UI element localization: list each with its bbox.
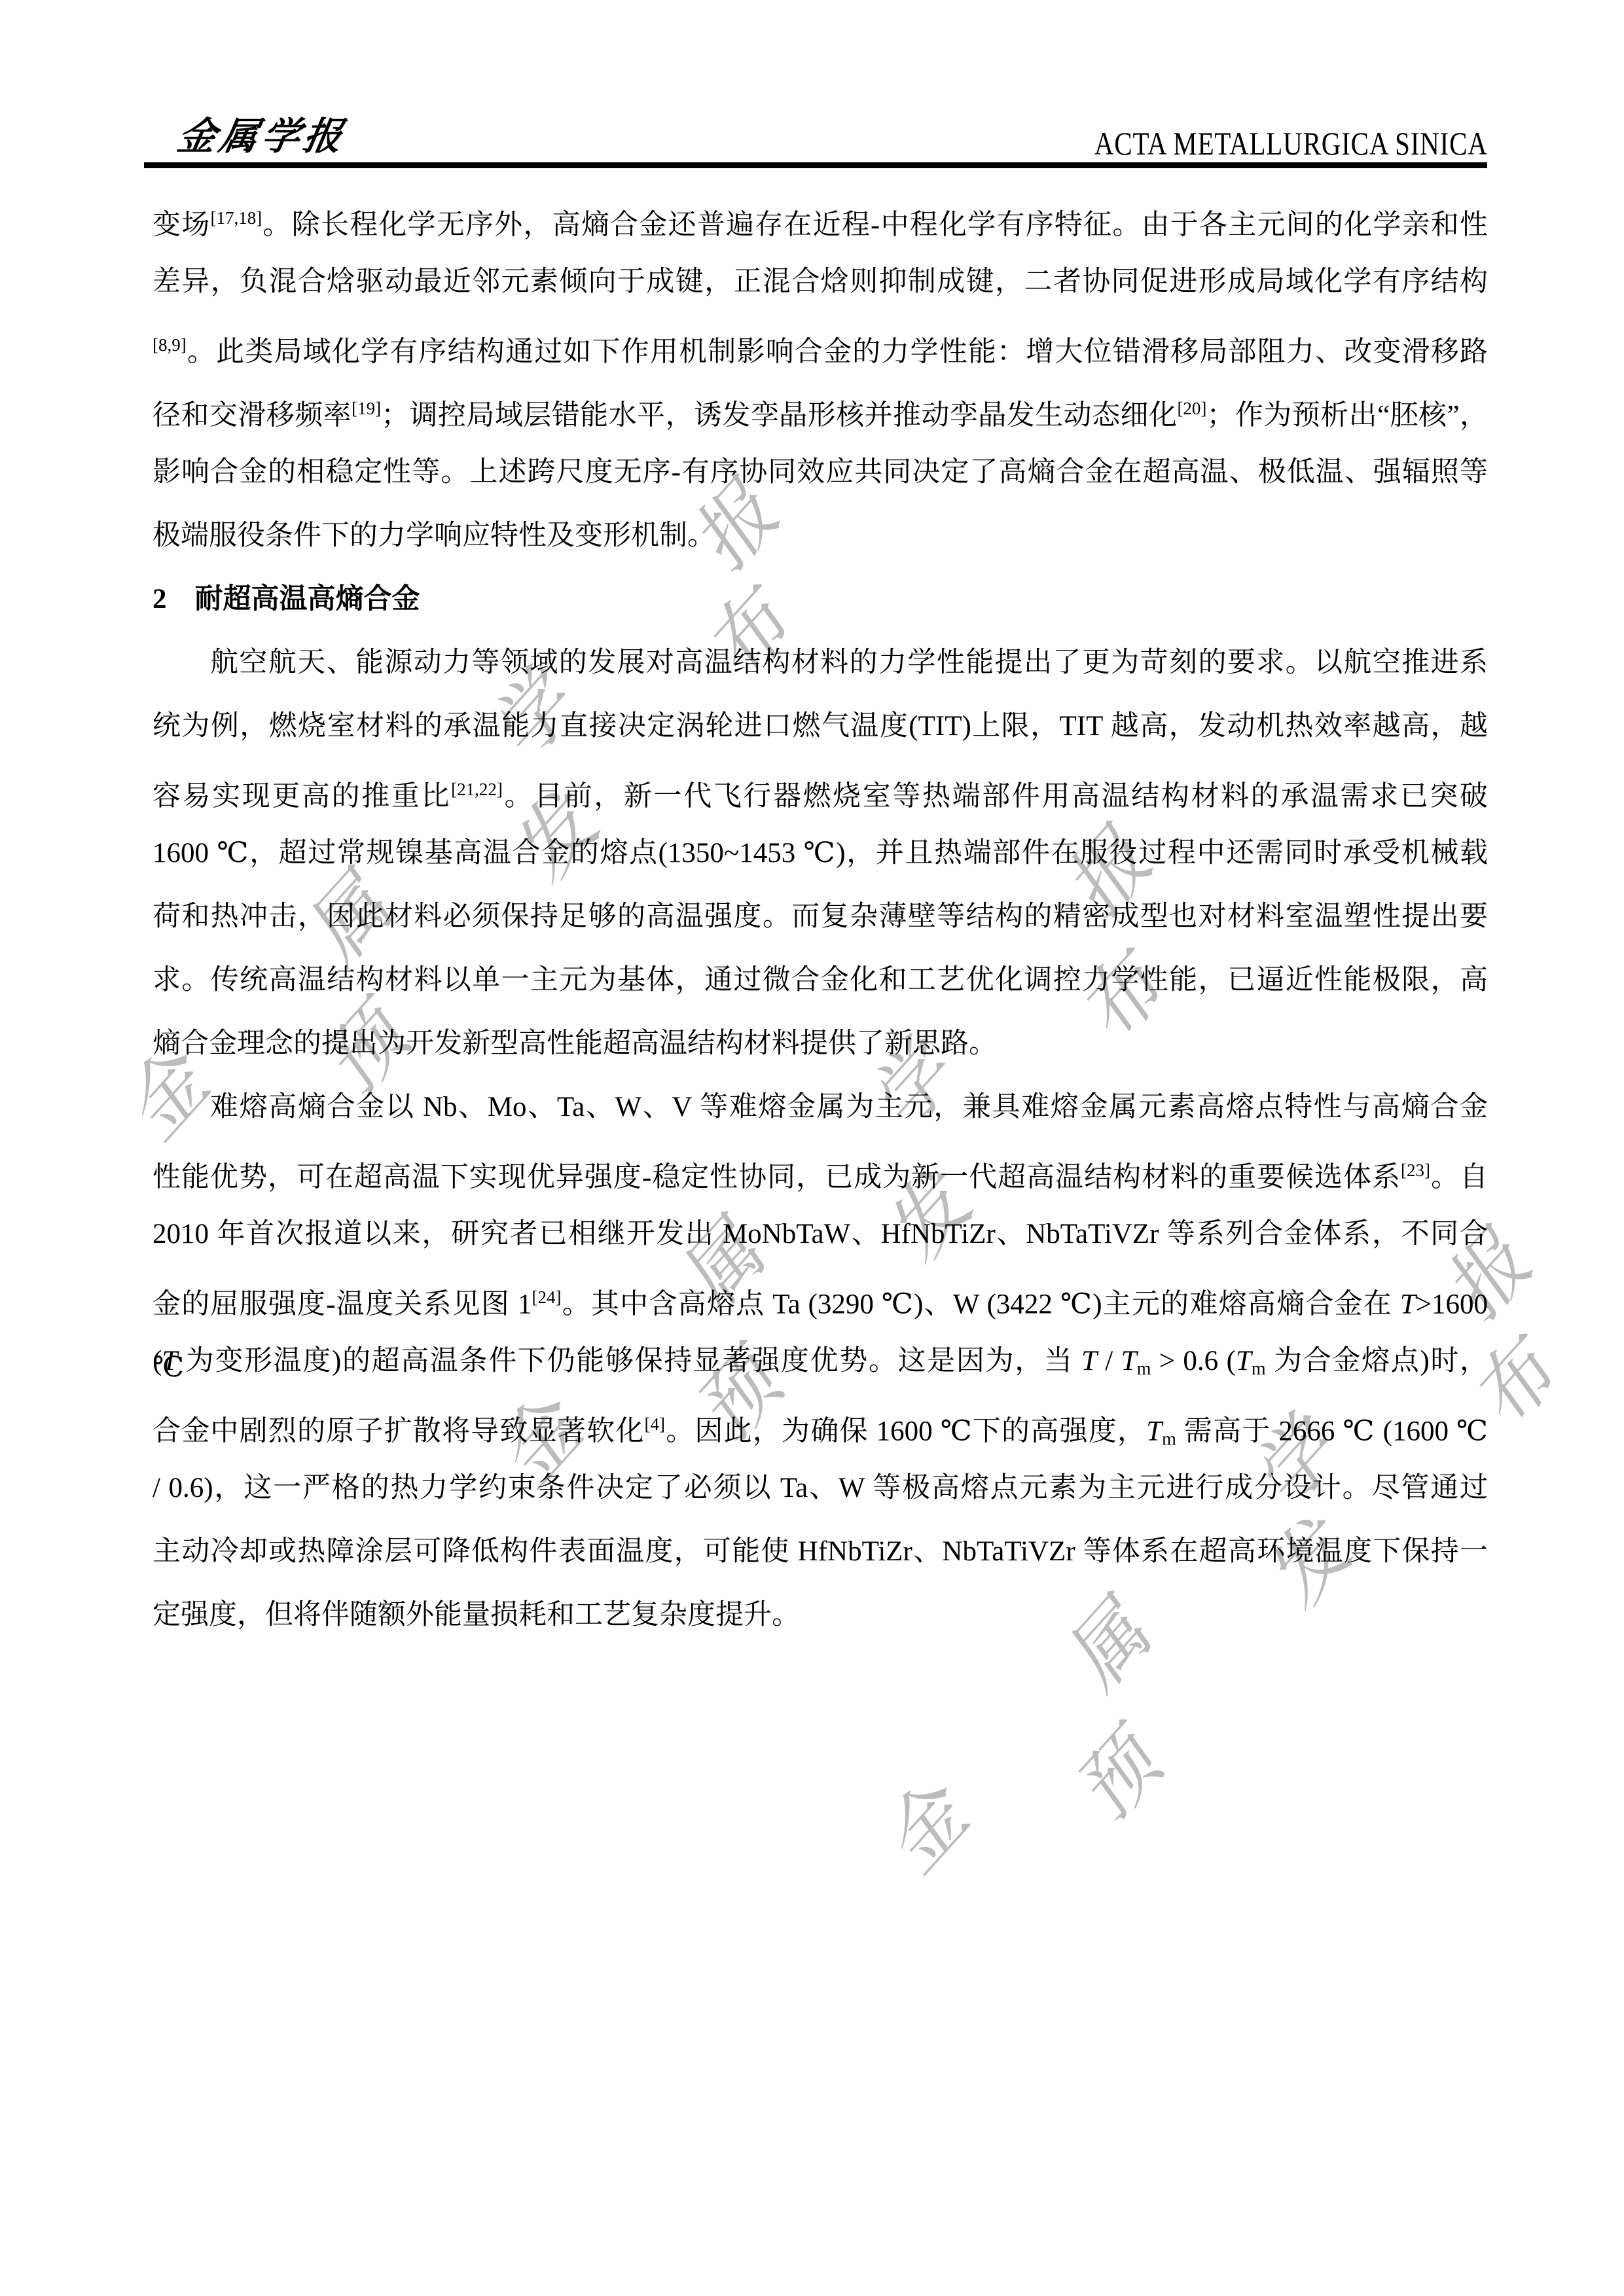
text-line: 主动冷却或热障涂层可降低构件表面温度，可能使 HfNbTiZr、NbTaTiVZ… [153,1520,1488,1583]
text-segment: 求。传统高温结构材料以单一主元为基体，通过微合金化和工艺优化调控力学性能，已逼近… [153,965,1488,996]
text-segment: 。此类局域化学有序结构通过如下作用机制影响合金的力学性能：增大位错滑移局部阻力、… [187,336,1488,367]
body-text: 变场[17,18]。除长程化学无序外，高熵合金还普遍存在近程-中程化学有序特征。… [153,187,1488,1647]
text-segment: / 0.6)，这一严格的热力学约束条件决定了必须以 Ta、W 等极高熔点元素为主… [153,1473,1488,1503]
text-line: 荷和热冲击，因此材料必须保持足够的高温强度。而复杂薄壁等结构的精密成型也对材料室… [153,885,1488,948]
reference-superscript: [21,22] [451,780,503,799]
text-segment: T [1121,1346,1137,1376]
text-segment: 主动冷却或热障涂层可降低构件表面温度，可能使 HfNbTiZr、NbTaTiVZ… [153,1536,1488,1567]
text-segment: ；作为预析出“胚核”， [1206,400,1488,431]
text-segment: 。因此，为确保 1600 ℃下的高强度， [665,1416,1146,1446]
text-segment: 熵合金理念的提出为开发新型高性能超高温结构材料提供了新思路。 [153,1028,997,1059]
text-line: 定强度，但将伴随额外能量损耗和工艺复杂度提升。 [153,1583,1488,1647]
text-segment: 定强度，但将伴随额外能量损耗和工艺复杂度提升。 [153,1600,800,1630]
text-segment: T [1146,1416,1162,1446]
text-segment: ( [153,1346,162,1376]
text-segment: 极端服役条件下的力学响应特性及变形机制。 [153,520,715,551]
text-line: 差异，负混合焓驱动最近邻元素倾向于成键，正混合焓则抑制成键，二者协同促进形成局域… [153,250,1488,314]
text-segment: > 0.6 ( [1151,1346,1236,1376]
journal-name: ACTA METALLURGICA SINICA [1094,128,1488,158]
text-line: 难熔高熵合金以 Nb、Mo、Ta、W、V 等难熔金属为主元，兼具难熔金属元素高熔… [153,1075,1488,1139]
text-segment: 。其中含高熔点 Ta (3290 ℃)、W (3422 ℃)主元的难熔高熵合金在 [562,1289,1400,1319]
text-line: 2010 年首次报道以来，研究者已相继开发出 MoNbTaW、HfNbTiZr、… [153,1202,1488,1266]
reference-superscript: [4] [645,1414,665,1434]
text-line: 合金中剧烈的原子扩散将导致显著软化[4]。因此，为确保 1600 ℃下的高强度，… [153,1393,1488,1456]
text-line: 统为例，燃烧室材料的承温能力直接决定涡轮进口燃气温度(TIT)上限，TIT 越高… [153,694,1488,758]
text-line: 求。传统高温结构材料以单一主元为基体，通过微合金化和工艺优化调控力学性能，已逼近… [153,948,1488,1012]
text-segment: 2010 年首次报道以来，研究者已相继开发出 MoNbTaW、HfNbTiZr、… [153,1219,1488,1249]
text-segment: m [1252,1359,1266,1379]
text-line: 金的屈服强度-温度关系见图 1[24]。其中含高熔点 Ta (3290 ℃)、W… [153,1266,1488,1329]
header-rule [144,162,1487,168]
text-segment: ；调控局域层错能水平，诱发孪晶形核并推动孪晶发生动态细化 [381,400,1177,431]
text-segment: 统为例，燃烧室材料的承温能力直接决定涡轮进口燃气温度(TIT)上限，TIT 越高… [153,711,1488,742]
text-line: (T 为变形温度)的超高温条件下仍能够保持显著强度优势。这是因为，当 T / T… [153,1329,1488,1393]
text-segment: 合金中剧烈的原子扩散将导致显著软化 [153,1416,645,1446]
text-segment: 变场 [153,209,210,240]
text-line: 径和交滑移频率[19]；调控局域层错能水平，诱发孪晶形核并推动孪晶发生动态细化[… [153,377,1488,440]
text-line: [8,9]。此类局域化学有序结构通过如下作用机制影响合金的力学性能：增大位错滑移… [153,314,1488,377]
text-segment: / [1097,1346,1121,1376]
section-heading: 2 耐超高温高熵合金 [153,567,1488,631]
text-segment: 。除长程化学无序外，高熵合金还普遍存在近程-中程化学有序特征。由于各主元间的化学… [262,209,1488,240]
reference-superscript: [8,9] [153,335,187,355]
text-segment: m [1162,1429,1176,1449]
text-segment: T [1236,1346,1252,1376]
text-segment: 径和交滑移频率 [153,400,352,431]
text-segment: 航空航天、能源动力等领域的发展对高温结构材料的力学性能提出了更为苛刻的要求。以航… [210,647,1488,678]
journal-logo: 金属学报 [175,117,350,157]
watermark-char: 预 [1073,1712,1172,1835]
text-line: 影响合金的相稳定性等。上述跨尺度无序-有序协同效应共同决定了高熵合金在超高温、极… [153,440,1488,504]
text-segment: T [162,1346,177,1376]
text-segment: 需高于 2666 ℃ (1600 ℃ [1176,1416,1488,1446]
reference-superscript: [19] [352,399,381,418]
text-segment: 影响合金的相稳定性等。上述跨尺度无序-有序协同效应共同决定了高熵合金在超高温、极… [153,457,1488,488]
reference-superscript: [20] [1177,399,1206,418]
reference-superscript: [24] [532,1287,562,1307]
text-segment: 差异，负混合焓驱动最近邻元素倾向于成键，正混合焓则抑制成键，二者协同促进形成局域… [153,266,1488,297]
text-line: 极端服役条件下的力学响应特性及变形机制。 [153,504,1488,567]
text-line: 航空航天、能源动力等领域的发展对高温结构材料的力学性能提出了更为苛刻的要求。以航… [153,631,1488,694]
text-segment: 容易实现更高的推重比 [153,781,451,812]
text-line: / 0.6)，这一严格的热力学约束条件决定了必须以 Ta、W 等极高熔点元素为主… [153,1456,1488,1520]
document-page: 金属学报预发布金属学报预发布金属学报预发布 金属学报 ACTA METALLUR… [0,0,1624,2296]
reference-superscript: [17,18] [210,208,262,228]
text-segment: 1600 ℃，超过常规镍基高温合金的熔点(1350~1453 ℃)，并且热端部件… [153,838,1488,869]
text-segment: 为合金熔点)时， [1266,1346,1488,1376]
reference-superscript: [23] [1401,1160,1430,1180]
watermark-char: 金 [880,1765,979,1888]
text-segment: 为变形温度)的超高温条件下仍能够保持显著强度优势。这是因为，当 [177,1346,1081,1376]
text-line: 熵合金理念的提出为开发新型高性能超高温结构材料提供了新思路。 [153,1012,1488,1075]
text-segment: 。自 [1430,1162,1488,1193]
text-segment: T [1400,1289,1416,1319]
text-line: 容易实现更高的推重比[21,22]。目前，新一代飞行器燃烧室等热端部件用高温结构… [153,758,1488,821]
text-line: 变场[17,18]。除长程化学无序外，高熵合金还普遍存在近程-中程化学有序特征。… [153,187,1488,250]
text-segment: 难熔高熵合金以 Nb、Mo、Ta、W、V 等难熔金属为主元，兼具难熔金属元素高熔… [210,1092,1488,1122]
text-segment: m [1137,1359,1151,1379]
text-line: 1600 ℃，超过常规镍基高温合金的熔点(1350~1453 ℃)，并且热端部件… [153,821,1488,885]
text-line: 性能优势，可在超高温下实现优异强度-稳定性协同，已成为新一代超高温结构材料的重要… [153,1139,1488,1202]
text-segment: 荷和热冲击，因此材料必须保持足够的高温强度。而复杂薄壁等结构的精密成型也对材料室… [153,901,1488,932]
text-segment: 金的屈服强度-温度关系见图 1 [153,1289,532,1319]
text-segment: 2 耐超高温高熵合金 [153,584,420,615]
text-segment: T [1081,1346,1097,1376]
text-segment: 性能优势，可在超高温下实现优异强度-稳定性协同，已成为新一代超高温结构材料的重要… [153,1162,1401,1193]
text-segment: 。目前，新一代飞行器燃烧室等热端部件用高温结构材料的承温需求已突破 [503,781,1488,812]
